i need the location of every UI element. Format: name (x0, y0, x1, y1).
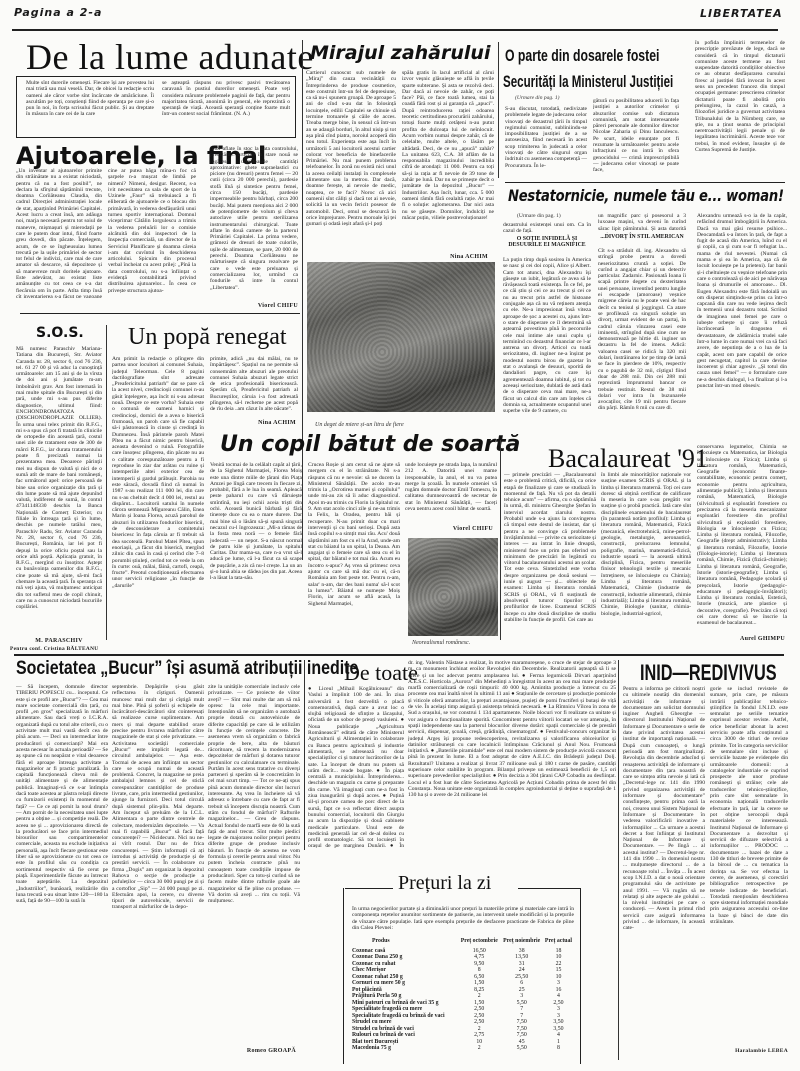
bacalaureat-col3: conservarea legumelor, Chimia se înlocui… (697, 444, 787, 634)
column-rule (302, 40, 303, 560)
col-header-nov: Preț noiembrie (500, 938, 542, 948)
article-title-sos: S.O.S. (36, 325, 84, 341)
nestatornicie-col3: Alexandru urmează s-o ia de la capăt, re… (697, 213, 787, 435)
price-row: Macedonia 75 g25,508 (352, 1045, 574, 1052)
article-title-inid: INID—REDIVIVUS (640, 660, 777, 686)
securitate-continued: (Urmare din pag. 1) (515, 95, 559, 101)
article-title-popa: Un popă renegat (128, 324, 287, 351)
securitate-col2: gătură cu posibilitatea aducerii în fața… (593, 98, 679, 174)
securitate-col1: S-au discutat, totodată, nedivizate prob… (505, 106, 587, 174)
section-rule (505, 182, 785, 183)
col-header-oct: Preț octombrie (458, 938, 500, 948)
bucur-col3: zite la unitățile comerciale inclusiv ce… (208, 684, 300, 1044)
photo2-caption: Neorealismul românesc. (412, 640, 470, 646)
securitate-col3: în pofida împlinirii termenelor de presc… (695, 40, 785, 174)
page-number: Pagina a 2-a (14, 6, 102, 19)
nestatornicie-col2-lead: un magnific parc și posesorul a 3 luxoas… (598, 213, 686, 233)
price-table: Produs Preț octombrie Preț noiembrie Pre… (352, 938, 574, 1052)
intro-col2: se așteaptă răspuns nu privesc pasivi tr… (162, 80, 290, 134)
popa-col2: primite, adică „nu dai mălai, nu te împă… (210, 356, 298, 410)
column-rule (106, 325, 107, 640)
miraj-col1: Cartierul cunoscut sub numele de „Miraj”… (306, 70, 396, 270)
preturi-intro: În urma negocierilor purtate și a diminu… (352, 906, 574, 936)
ajutoare-col2: cine ar putea băga mîna-n foc că șarpele… (108, 168, 196, 298)
nestatornicie-subhead-2: ...DIVORȚ ÎN STIL AMERICAN (598, 234, 686, 240)
price-value: 8 (543, 1045, 574, 1052)
bucur-col2: septembrie. Depășirile și-au găsit refle… (112, 684, 204, 1064)
copil-col3: unde locuiește pe strada Iapa, la număru… (405, 462, 497, 510)
ajutoare-col1: „Un inventar al ajutoarelor primite din … (16, 168, 102, 298)
popa-byline: Nina ACHIM (210, 420, 296, 426)
inid-col2: gorie se includ revistele de sumare, pri… (710, 686, 788, 1046)
article-title-securitate-2: Securități la Ministerul Justiției (503, 72, 673, 92)
nestatornicie-subhead-1: O SOȚIE INFIDELĂ ȘI DESUURILE EI MAGNIFI… (503, 236, 591, 249)
product-name: Macedonia 75 g (352, 1045, 458, 1052)
column-rule (498, 42, 499, 178)
inid-col1: Pentru a informa pe cititorii noștri cu … (623, 686, 705, 1056)
detoate-col2: dr. ing. Valentin Năstase a realizat, în… (408, 660, 616, 846)
article-title-lume: De la lume adunate (26, 36, 314, 78)
ajutoare-col3: relor aflate în stoc la data controlului… (210, 146, 298, 302)
popa-col1: Am primit la redacție o plîngere din par… (112, 356, 204, 648)
sos-text: Mă numesc Paraschiv Mariana-Tatiana din … (16, 346, 102, 634)
article-title-copil: Un copil bătut de soartă (220, 432, 520, 457)
paper-name: LIBERTATEA (700, 7, 783, 20)
photo1-caption: Un deget de miere și-un litru de fiere (315, 422, 404, 428)
col-header-product: Produs (352, 938, 458, 948)
copil-col1: Venită tocmai de la celălalt capăt al ță… (210, 462, 302, 646)
sos-signature: M. PARASCHIV (16, 638, 102, 644)
masthead-rule (12, 29, 778, 31)
price-value: 2 (458, 1045, 500, 1052)
bacalaureat-byline: Aurel GHIMPU (697, 636, 785, 642)
miraj-byline: Nina ACHIM (402, 254, 488, 260)
article-title-detoate: De toate (344, 660, 418, 686)
photo-crowd (307, 262, 495, 412)
nestatornicie-continued: (Urmare din pag. 1) (517, 213, 561, 219)
detoate-col1: ● Liceul „Mihail Kogălniceanu” din Vaslu… (308, 686, 404, 848)
photo-ruins (408, 538, 498, 636)
intro-col1: Multe sînt durerile omenești. Fiecare îș… (26, 80, 154, 134)
section-rule (20, 313, 300, 314)
article-title-bucur: Societatea „Bucur” își asumă atribuții i… (16, 658, 358, 680)
bacalaureat-col2: în limbi ale minorităților naționale vor… (601, 472, 691, 644)
miraj-col2: spăla gratis în lacul artificial al căru… (402, 70, 494, 254)
bacalaureat-col1: — primele precizări — „Bacalaureatul est… (504, 472, 596, 644)
article-title-nestatornicie: Nestatornicie, numele tău e... woman! (508, 186, 784, 205)
nestatornicie-col1-lead: dezastrului existenței unui om. Ca în ca… (503, 222, 591, 235)
column-rule (500, 440, 501, 640)
section-rule (14, 654, 784, 656)
article-title-bacalaureat: Bacalaureat '91 (548, 444, 708, 474)
article-title-securitate-1: O parte din dosarele fostei (505, 46, 659, 66)
column-rule (618, 660, 619, 1060)
bucur-byline: Romeo GROAPĂ (208, 1048, 296, 1054)
col-header-now: Preț actual (543, 938, 574, 948)
inid-byline: Haralambie LEBEA (710, 1048, 788, 1054)
bucur-col1: — Să începem, domnule director TIBERIU P… (16, 684, 108, 1064)
ajutoare-byline: Viorel CHIFU (210, 303, 298, 309)
copil-col2: Crucea Roșie și am cerut să ne ajute să … (308, 462, 400, 646)
price-value: 5,50 (500, 1045, 542, 1052)
nestatornicie-col2: Cît s-a străduit dl. ing. Alexandru să s… (598, 248, 686, 435)
sos-byline: Pentru conf. Cristina BĂLTEANU (10, 646, 106, 652)
copil-byline: Viorel CHIFU (405, 526, 493, 532)
nestatornicie-col1: La puțin timp după sosirea în America se… (503, 257, 591, 435)
column-rule (304, 660, 305, 850)
article-title-miraj: Mirajul zahărului (310, 42, 490, 64)
